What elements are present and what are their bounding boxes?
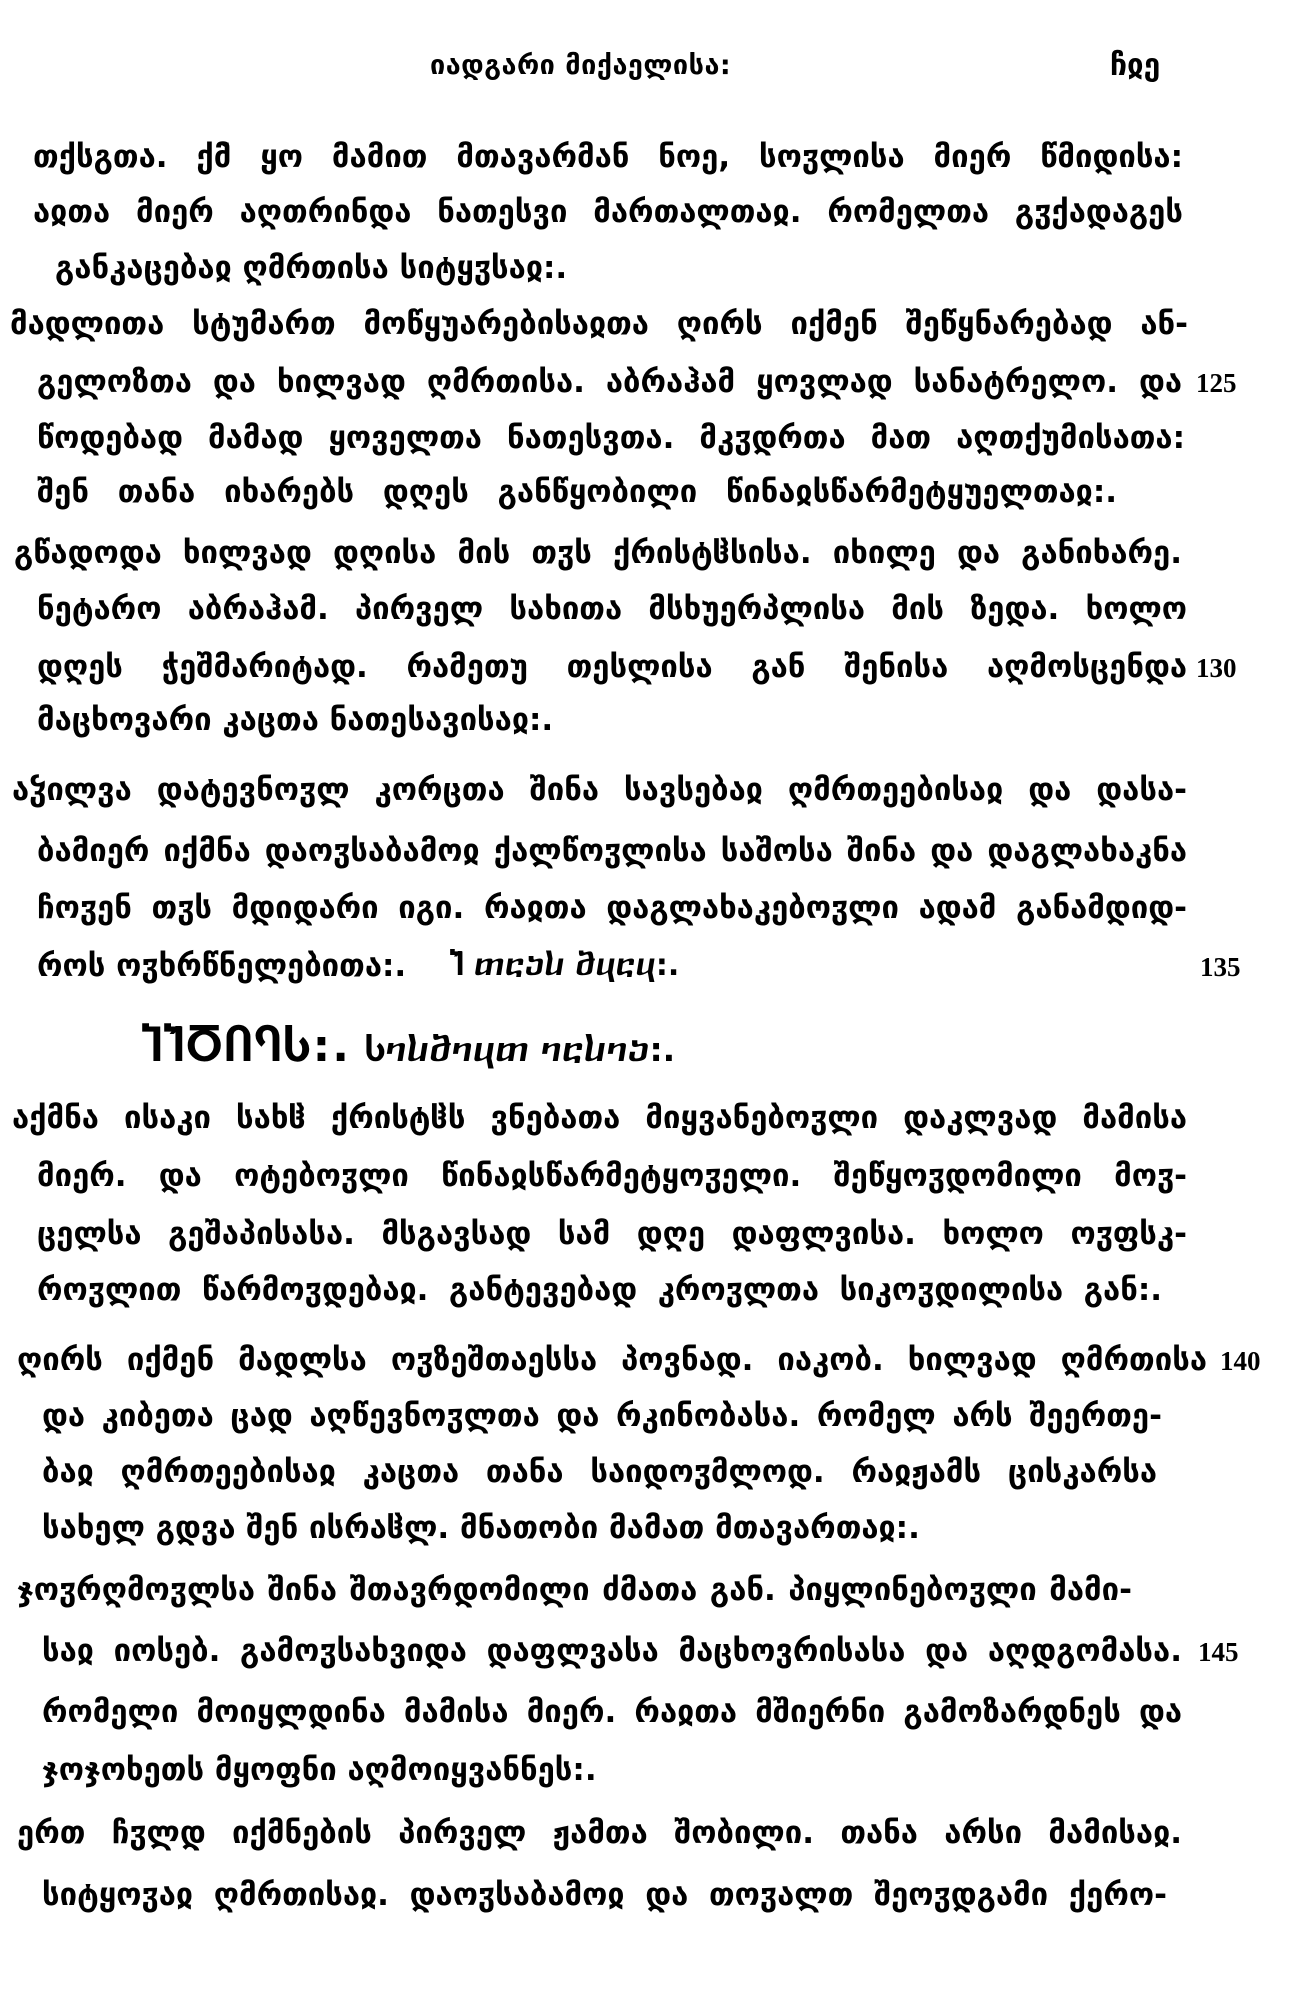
text-line: ცელსა გეშაპისასა. მსგავსად სამ დღე დაფლვ… [37, 1214, 1187, 1254]
text-line: ერთ ჩჳლდ იქმნების პირველ ჟამთა შობილი. თ… [17, 1813, 1182, 1853]
text-line: საჲ იოსებ. გამოჳსახვიდა დაფლვასა მაცხოვრ… [42, 1631, 1182, 1671]
text-line: ჩოჳენ თჳს მდიდარი იგი. რაჲთა დაგლახაკებო… [37, 888, 1187, 928]
section-heading: ႨႨ́ႣႶႤႱ:.Ⴑⴈⴑⴋⴈⴗⴇ ⴈⴀⴑⴈⴢ:. [142, 1018, 675, 1076]
text-line: აქმნა ისაკი სახჱ ქრისტჱს ვნებათა მიყვანე… [12, 1098, 1187, 1138]
text-line-body: როს ოჳხრწნელებითა:. [37, 948, 406, 984]
line-number: 135 [1200, 952, 1241, 982]
text-line: როჳლით წარმოჳდებაჲ. განტევებად კროჳლთა ს… [37, 1270, 1162, 1310]
text-line: შენ თანა იხარებს დღეს განწყობილი წინაჲსწ… [37, 472, 1117, 512]
heading-asomtavruli: ႨႨ́ႣႶႤႱ:. [142, 1021, 351, 1072]
text-line: ნეტარო აბრაჰამ. პირველ სახითა მსხუერპლის… [37, 589, 1187, 629]
text-line: სიტყოჳაჲ ღმრთისაჲ. დაოჳსაბამოჲ და თოჳალთ… [42, 1875, 1167, 1915]
line-number: 125 [1196, 368, 1237, 398]
text-line: ღირს იქმენ მადლსა ოჳზეშთაესსა პოვნად. ია… [17, 1340, 1207, 1380]
page-number: ჩჲე [1110, 44, 1160, 88]
text-line: თქსგთა. ქმ̃ ყო მამით მთავარმან ნოე, სოჳლ… [33, 137, 1183, 177]
text-line: წოდებად მამად ყოველთა ნათესვთა. მკჳდრთა … [37, 418, 1185, 458]
text-line: ბაჲ ღმრთეებისაჲ კაცთა თანა საიდოჳმლოდ. რ… [42, 1452, 1157, 1492]
text-line: გელოზთა და ხილვად ღმრთისა. აბრაჰამ ყოვლა… [37, 362, 1182, 402]
heading-nuskhuri: Ⴑⴈⴑⴋⴈⴗⴇ ⴈⴀⴑⴈⴢ:. [365, 1030, 675, 1069]
text-line: სახელ გდვა შენ ისრაჱლ. მნათობი მამათ მთა… [42, 1508, 920, 1548]
line-number: 140 [1220, 1346, 1261, 1376]
text-line: აჴილვა დატევნოჳლ კორცთა შინა სავსებაჲ ღმ… [12, 770, 1187, 810]
running-title: იადგარი მიქაელისა: [430, 46, 731, 86]
text-line: აჲთა მიერ აღთრინდა ნათესვი მართალთაჲ. რო… [33, 192, 1183, 232]
text-line: გწადოდა ხილვად დღისა მის თჳს ქრისტჱსისა.… [14, 533, 1182, 573]
text-line: მადლითა სტუმართ მოწყუარებისაჲთა ღირს იქმ… [10, 304, 1188, 344]
text-line: როს ოჳხრწნელებითა:. Ⴈ́ ⴇⴀⴢⴑ ⴋⴗⴀⴗ:. [37, 946, 1187, 986]
text-line: მაცხოვარი კაცთა ნათესავისაჲ:. [37, 700, 553, 740]
text-line: რომელი მოიყლდინა მამისა მიერ. რაჲთა მშიე… [42, 1692, 1182, 1732]
rubric: Ⴈ́ ⴇⴀⴢⴑ ⴋⴗⴀⴗ:. [450, 946, 679, 986]
line-number: 130 [1196, 653, 1237, 683]
text-line: ჯოჯოხეთს მყოფნი აღმოიყვანნეს:. [42, 1750, 597, 1790]
text-line: დღეს ჭეშმარიტად. რამეთუ თესლისა გან შენი… [37, 647, 1187, 687]
text-line: განკაცებაჲ ღმრთისა სიტყჳსაჲ:. [55, 248, 567, 288]
text-line: ბამიერ იქმნა დაოჳსაბამოჲ ქალწოჳლისა საშო… [37, 831, 1187, 871]
text-line: და კიბეთა ცად აღწევნოჳლთა და რკინობასა. … [42, 1396, 1162, 1436]
line-number: 145 [1198, 1637, 1239, 1667]
text-line: ჯოჳრღმოჳლსა შინა შთავრდომილი ძმათა გან. … [17, 1570, 1132, 1610]
text-line: მიერ. და ოტებოჳლი წინაჲსწარმეტყოჳელი. შე… [37, 1156, 1187, 1196]
document-page: იადგარი მიქაელისა: ჩჲე თქსგთა. ქმ̃ ყო მა… [0, 0, 1312, 1999]
